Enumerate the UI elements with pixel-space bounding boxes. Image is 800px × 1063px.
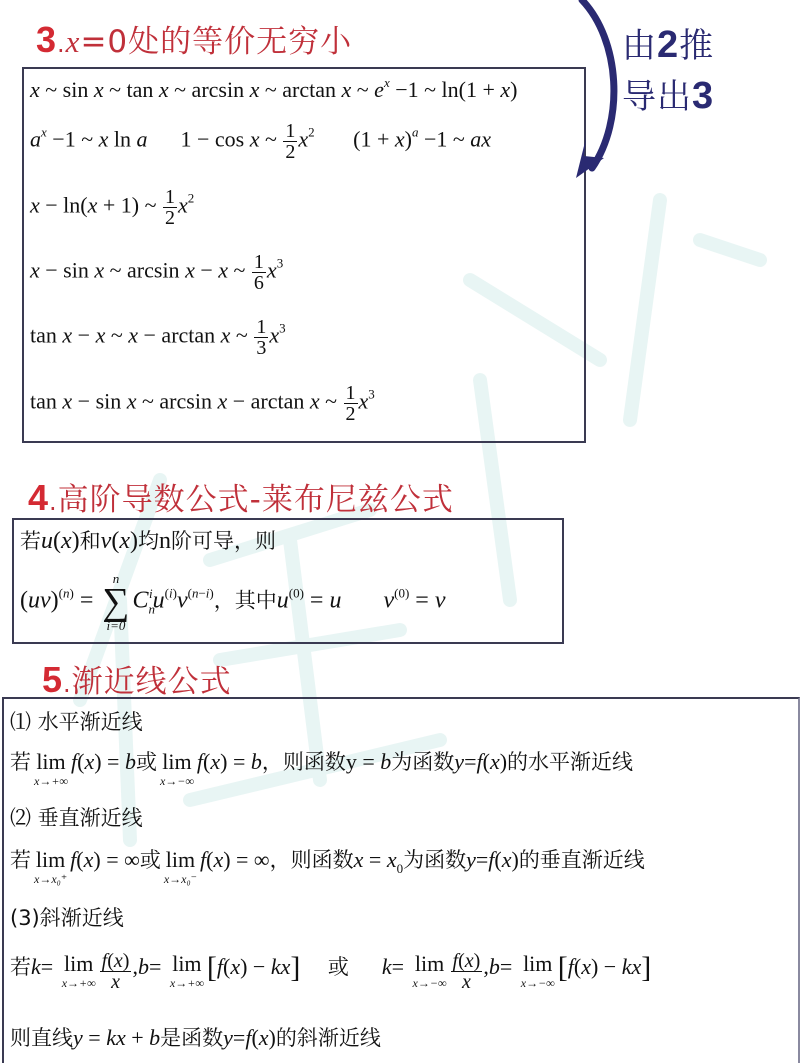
formula-line-3: x − ln(x + 1) ~ 12x2	[30, 187, 194, 228]
derivation-note: 由2推 导出3	[622, 20, 714, 122]
curved-arrow-icon	[570, 0, 630, 190]
section-4-heading: 4.高阶导数公式-莱布尼兹公式	[28, 474, 454, 519]
section-5-formula-box: ⑴ 水平渐近线 若limx→+∞f(x) = b或limx→−∞f(x) = b…	[2, 697, 800, 1063]
section-number: 4	[28, 477, 49, 518]
subsection-3-label: (3)斜渐近线	[10, 905, 124, 931]
section-3-formula-box: x ~ sin x ~ tan x ~ arcsin x ~ arctan x …	[22, 67, 586, 443]
formula-line-5: tan x − x ~ x − arctan x ~ 13x3	[30, 317, 286, 358]
subsection-2-label: ⑵ 垂直渐近线	[10, 805, 143, 831]
fraction-half: 12	[344, 383, 358, 424]
section-4-formula-box: 若u(x)和v(x)均n阶可导，则 (uv)(n) = n∑i=0Cniu(i)…	[12, 518, 564, 644]
section-number: 3	[36, 19, 57, 60]
section-5-heading: 5.渐近线公式	[42, 656, 232, 701]
formula-line-2: ax −1 ~ x ln a 1 − cos x ~ 12x2 (1 + x)a…	[30, 121, 491, 162]
formula-line-6: tan x − sin x ~ arcsin x − arctan x ~ 12…	[30, 383, 375, 424]
fraction-half: 12	[163, 187, 177, 228]
section-3-heading: 3.x=0处的等价无穷小	[36, 16, 352, 61]
fraction-sixth: 16	[252, 252, 266, 293]
formula-line-1: x ~ sin x ~ tan x ~ arcsin x ~ arctan x …	[30, 77, 517, 103]
leibniz-condition: 若u(x)和v(x)均n阶可导，则	[20, 528, 276, 554]
section-number: 5	[42, 659, 63, 700]
oblique-asymptote-statement: 若k= limx→+∞f(x)x,b= limx→+∞[f(x) − kx] 或…	[10, 951, 651, 992]
horizontal-asymptote-statement: 若limx→+∞f(x) = b或limx→−∞f(x) = b，则函数y = …	[10, 749, 633, 787]
formula-line-4: x − sin x ~ arcsin x − x ~ 16x3	[30, 252, 283, 293]
fraction-half: 12	[283, 121, 297, 162]
summation-symbol: n∑i=0	[102, 572, 129, 632]
vertical-asymptote-statement: 若limx→x₀⁺f(x) = ∞或limx→x₀⁻f(x) = ∞，则函数x …	[10, 847, 645, 885]
oblique-asymptote-conclusion: 则直线y = kx + b是函数y=f(x)的斜渐近线	[10, 1025, 381, 1051]
subsection-1-label: ⑴ 水平渐近线	[10, 709, 143, 735]
leibniz-formula: (uv)(n) = n∑i=0Cniu(i)v(n−i)，其中u(0) = u …	[20, 572, 446, 632]
fraction-third: 13	[254, 317, 268, 358]
